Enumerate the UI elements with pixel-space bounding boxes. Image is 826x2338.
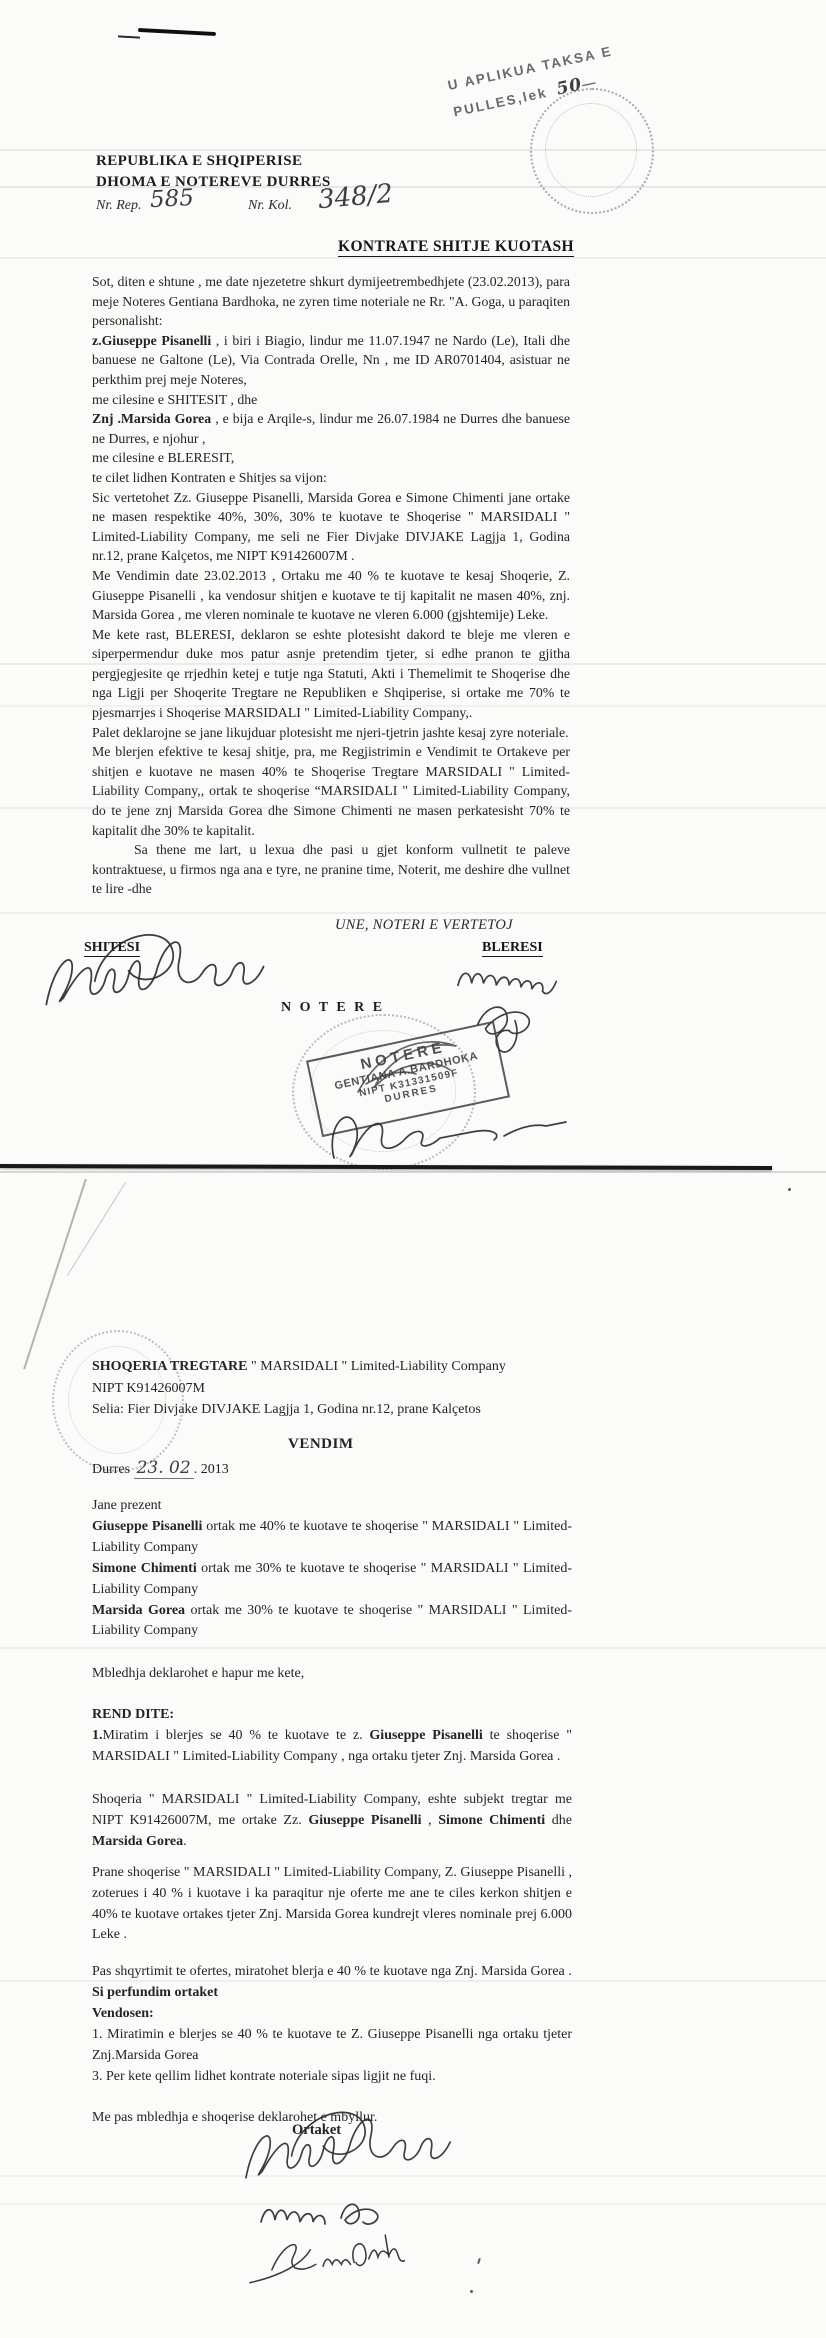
scan-artifact-line <box>0 2175 826 2177</box>
text-segment: Giuseppe Pisanelli <box>308 1813 421 1828</box>
agenda-label: REND DITE: <box>92 1705 572 1726</box>
text-segment: " MARSIDALI " Limited-Liability Company <box>247 1359 505 1374</box>
partner-signature-marsida <box>255 2190 390 2235</box>
decision-item-3: 3. Per kete qellim lidhet kontrate noter… <box>92 2067 572 2088</box>
kol-number-handwritten: 348/2 <box>317 179 394 215</box>
notary-certification-line: UNE, NOTERI E VERTETOJ <box>335 917 513 934</box>
seller-label: SHITESI <box>84 940 140 957</box>
scan-artifact-line <box>0 912 826 914</box>
text-segment: . <box>183 1834 187 1849</box>
notary-stamp: NOTERE GENTIANA A.BARDHOKA NIPT K3133150… <box>306 1021 510 1137</box>
decision-item-1: 1. Miratimin e blerjes se 40 % te kuotav… <box>92 2025 572 2067</box>
scan-edge-mark <box>118 35 140 38</box>
line-contract-intro: te cilet lidhen Kontraten e Shitjes sa v… <box>92 468 570 488</box>
partner-line: Simone Chimenti ortak me 30% te kuotave … <box>92 1559 572 1601</box>
contract-body: Sot, diten e shtune , me date njezetetre… <box>92 272 570 899</box>
text-segment: , <box>422 1813 439 1828</box>
scan-artifact-line <box>0 1171 826 1173</box>
paragraph-registration: Me blerjen efektive te kesaj shitje, pra… <box>92 742 570 840</box>
company-header: SHOQERIA TREGTARE " MARSIDALI " Limited-… <box>92 1356 652 1421</box>
scan-edge-mark <box>138 28 216 36</box>
round-seal-inner-icon <box>545 103 637 197</box>
kol-number-label: Nr. Kol. <box>248 198 292 214</box>
contract-title: KONTRATE SHITJE KUOTASH <box>338 238 574 257</box>
text-segment: Znj .Marsida Gorea <box>92 411 211 426</box>
text-segment: SHOQERIA TREGTARE <box>92 1359 247 1374</box>
notere-heading: N O T E R E <box>281 1000 385 1016</box>
partner-line: Marsida Gorea ortak me 30% te kuotave te… <box>92 1601 572 1643</box>
partners-signature-label: Ortaket <box>292 2122 341 2139</box>
text-segment: Simone Chimenti <box>438 1813 545 1828</box>
line-buyer-role: me cilesine e BLERESIT, <box>92 448 570 468</box>
buyer-label-wrap: BLERESI <box>482 938 543 956</box>
paragraph-seller: z.Giuseppe Pisanelli , i biri i Biagio, … <box>92 331 570 390</box>
text-segment: dhe <box>545 1813 572 1828</box>
paragraph-decision: Me Vendimin date 23.02.2013 , Ortaku me … <box>92 566 570 625</box>
paper-crease <box>23 1179 86 1370</box>
date-city: Durres <box>92 1462 130 1477</box>
contract-title-wrap: KONTRATE SHITJE KUOTASH <box>338 238 574 256</box>
meeting-open-line: Mbledhja deklarohet e hapur me kete, <box>92 1664 572 1685</box>
company-title: SHOQERIA TREGTARE " MARSIDALI " Limited-… <box>92 1356 652 1378</box>
conclusion-label: Si perfundim ortaket <box>92 1983 572 2004</box>
partner-signature-simone <box>243 2226 405 2290</box>
text-segment: Simone Chimenti <box>92 1561 197 1576</box>
seller-signature <box>40 928 272 1024</box>
seller-label-wrap: SHITESI <box>84 938 140 956</box>
present-line: Jane prezent <box>92 1496 572 1517</box>
scan-artifact-line <box>0 257 826 259</box>
text-segment: Marsida Gorea <box>92 1603 185 1618</box>
company-nipt: NIPT K91426007M <box>92 1378 652 1400</box>
tax-stamp: U APLIKUA TAKSA E PULLES,lek50— <box>445 21 701 126</box>
company-address: Selia: Fier Divjake DIVJAKE Lagjja 1, Go… <box>92 1399 652 1421</box>
org-name-line2: DHOMA E NOTEREVE DURRES <box>96 172 331 193</box>
scan-speck <box>477 2258 481 2264</box>
scan-artifact-line <box>0 2203 826 2205</box>
date-year: . 2013 <box>194 1462 229 1477</box>
scan-speck <box>788 1188 791 1191</box>
buyer-label: BLERESI <box>482 940 543 957</box>
decision-title: VENDIM <box>288 1436 354 1453</box>
date-line: Durres 23. 02. 2013 <box>92 1458 229 1478</box>
paper-crease <box>67 1182 126 1276</box>
text-segment: Giuseppe Pisanelli <box>369 1728 482 1743</box>
agenda-item: 1.Miratim i blerjes se 40 % te kuotave t… <box>92 1726 572 1768</box>
line-seller-role: me cilesine e SHITESIT , dhe <box>92 390 570 410</box>
text-segment: z.Giuseppe Pisanelli <box>92 333 211 348</box>
org-name-line1: REPUBLIKA E SHQIPERISE <box>96 151 302 172</box>
paragraph-intro: Sot, diten e shtune , me date njezetetre… <box>92 272 570 331</box>
decide-label: Vendosen: <box>92 2004 572 2025</box>
scanned-document: U APLIKUA TAKSA E PULLES,lek50— REPUBLIK… <box>0 0 826 2338</box>
text-segment: Marsida Gorea <box>92 1834 183 1849</box>
paragraph-settlement: Palet deklarojne se jane likujduar plote… <box>92 723 570 743</box>
approval-line: Pas shqyrtimit te ofertes, miratohet ble… <box>92 1962 572 1983</box>
rep-number-label: Nr. Rep. <box>96 198 142 214</box>
text-segment: Miratim i blerjes se 40 % te kuotave te … <box>103 1728 370 1743</box>
tax-stamp-dash: — <box>581 75 597 92</box>
company-subject-paragraph: Shoqeria " MARSIDALI " Limited-Liability… <box>92 1790 572 1853</box>
partner-line: Giuseppe Pisanelli ortak me 40% te kuota… <box>92 1517 572 1559</box>
decision-body: Jane prezent Giuseppe Pisanelli ortak me… <box>92 1496 572 2129</box>
paragraph-acceptance: Me kete rast, BLERESI, deklaron se eshte… <box>92 625 570 723</box>
scan-speck <box>470 2290 473 2293</box>
rep-number-handwritten: 585 <box>149 185 194 213</box>
paragraph-ownership: Sic vertetohet Zz. Giuseppe Pisanelli, M… <box>92 488 570 566</box>
paragraph-buyer: Znj .Marsida Gorea , e bija e Arqile-s, … <box>92 409 570 448</box>
paragraph-closing: Sa thene me lart, u lexua dhe pasi u gje… <box>92 840 570 899</box>
offer-paragraph: Prane shoqerise " MARSIDALI " Limited-Li… <box>92 1863 572 1947</box>
text-segment: 1. <box>92 1728 103 1743</box>
date-handwritten: 23. 02 <box>134 1458 194 1479</box>
text-segment: Giuseppe Pisanelli <box>92 1519 202 1534</box>
round-seal-icon <box>530 88 654 214</box>
page-separator-line <box>0 1164 772 1170</box>
